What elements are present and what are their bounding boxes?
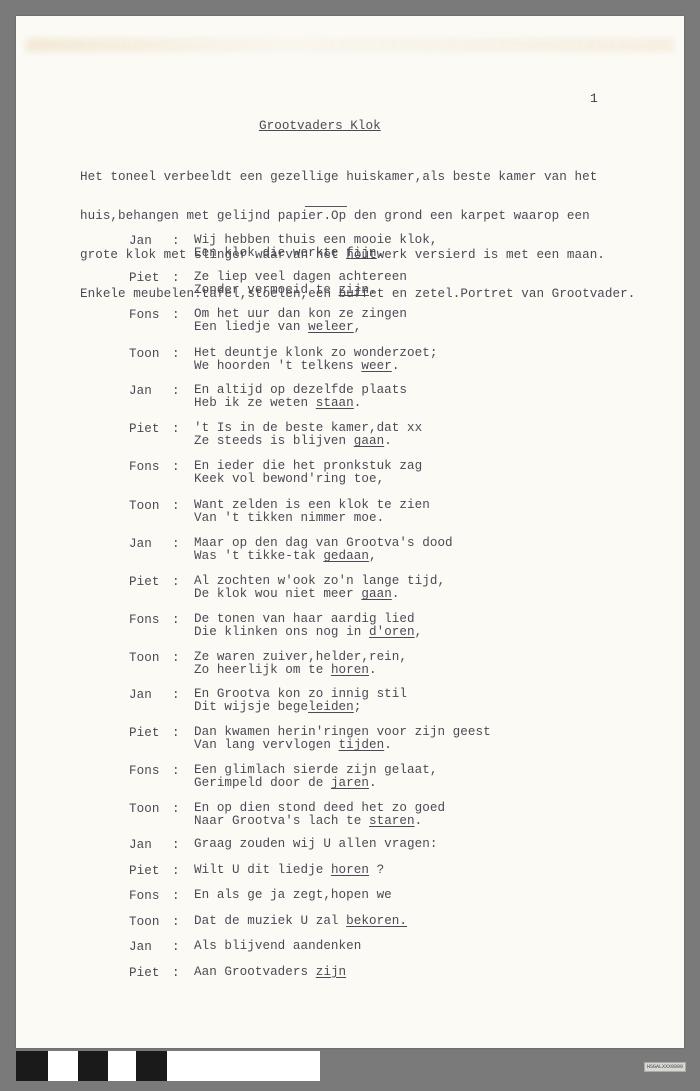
verse-line: Was 't tikke-tak gedaan, <box>194 550 453 563</box>
underlined-word: gaan <box>354 434 384 448</box>
intro-line: huis,behangen met gelijnd papier.Op den … <box>80 210 635 223</box>
verse-lines: 't Is in de beste kamer,dat xxZe steeds … <box>194 422 422 448</box>
underlined-word: fijn <box>346 246 376 260</box>
speaker-name: Fons <box>129 308 177 322</box>
verse-lines: En Grootva kon zo innig stilDit wijsje b… <box>194 688 407 714</box>
speaker-name: Toon <box>129 802 177 816</box>
speaker-name: Fons <box>129 460 177 474</box>
underlined-word: bekoren. <box>346 914 407 928</box>
speaker-colon: : <box>172 422 180 436</box>
document-page: 1 Grootvaders Klok Het toneel verbeeldt … <box>16 16 684 1048</box>
speaker-colon: : <box>172 271 180 285</box>
calibration-swatch <box>136 1051 167 1081</box>
verse-line: Van 't tikken nimmer moe. <box>194 512 430 525</box>
underlined-word: weer <box>361 359 391 373</box>
verse-line: Gerimpeld door de jaren. <box>194 777 437 790</box>
speaker-colon: : <box>172 537 180 551</box>
verse-lines: En ieder die het pronkstuk zagKeek vol b… <box>194 460 422 486</box>
verse-lines: Het deuntje klonk zo wonderzoet;We hoord… <box>194 347 437 373</box>
speaker-name: Jan <box>129 940 177 954</box>
speaker-colon: : <box>172 802 180 816</box>
underlined-word: leiden <box>308 700 354 714</box>
speaker-name: Fons <box>129 889 177 903</box>
verse-line: Ze steeds is blijven gaan. <box>194 435 422 448</box>
speaker-name: Toon <box>129 651 177 665</box>
verse-line: Een liedje van weleer, <box>194 321 407 334</box>
speaker-colon: : <box>172 764 180 778</box>
verse-line: Dit wijsje begeleiden; <box>194 701 407 714</box>
speaker-name: Piet <box>129 726 177 740</box>
verse-line: Wilt U dit liedje horen ? <box>194 864 384 877</box>
verse-lines: Ze waren zuiver,helder,rein,Zo heerlijk … <box>194 651 407 677</box>
verse-lines: Ze liep veel dagen achtereenZonder vermo… <box>194 271 407 297</box>
verse-line: Als blijvend aandenken <box>194 940 361 953</box>
calibration-swatch <box>108 1051 136 1081</box>
verse-lines: Een glimlach sierde zijn gelaat,Gerimpel… <box>194 764 437 790</box>
speaker-colon: : <box>172 234 180 248</box>
underlined-word: zijn <box>339 283 369 297</box>
underlined-word: jaren <box>331 776 369 790</box>
verse-line: Zo heerlijk om te horen. <box>194 664 407 677</box>
speaker-colon: : <box>172 384 180 398</box>
speaker-colon: : <box>172 864 180 878</box>
verse-lines: En op dien stond deed het zo goedNaar Gr… <box>194 802 445 828</box>
calibration-swatch <box>78 1051 108 1081</box>
speaker-name: Fons <box>129 764 177 778</box>
verse-line: Graag zouden wij U allen vragen: <box>194 838 437 851</box>
verse-line: Zonder vermoeid te zijn. <box>194 284 407 297</box>
verse-lines: Maar op den dag van Grootva's doodWas 't… <box>194 537 453 563</box>
verse-line: Dat de muziek U zal bekoren. <box>194 915 407 928</box>
speaker-name: Piet <box>129 864 177 878</box>
underlined-word: gedaan <box>323 549 369 563</box>
verse-line: We hoorden 't telkens weer. <box>194 360 437 373</box>
speaker-name: Jan <box>129 234 177 248</box>
verse-line: Een klok die werkte fijn. <box>194 247 437 260</box>
verse-line: En als ge ja zegt,hopen we <box>194 889 392 902</box>
color-calibration-strip <box>16 1051 320 1081</box>
speaker-name: Piet <box>129 966 177 980</box>
verse-line: Keek vol bewond'ring toe, <box>194 473 422 486</box>
verse-lines: Graag zouden wij U allen vragen: <box>194 838 437 851</box>
verse-lines: Aan Grootvaders zijn <box>194 966 346 979</box>
speaker-name: Toon <box>129 499 177 513</box>
speaker-colon: : <box>172 915 180 929</box>
speaker-name: Toon <box>129 347 177 361</box>
speaker-name: Toon <box>129 915 177 929</box>
speaker-name: Piet <box>129 271 177 285</box>
calibration-swatch <box>16 1051 48 1081</box>
speaker-colon: : <box>172 347 180 361</box>
verse-lines: Om het uur dan kon ze zingenEen liedje v… <box>194 308 407 334</box>
underlined-word: zijn <box>316 965 346 979</box>
underlined-word: d'oren <box>369 625 415 639</box>
speaker-colon: : <box>172 613 180 627</box>
verse-lines: Want zelden is een klok te zienVan 't ti… <box>194 499 430 525</box>
speaker-name: Fons <box>129 613 177 627</box>
speaker-name: Jan <box>129 688 177 702</box>
intro-line: Het toneel verbeeldt een gezellige huisk… <box>80 171 635 184</box>
verse-line: Naar Grootva's lach te staren. <box>194 815 445 828</box>
verse-line: Heb ik ze weten staan. <box>194 397 407 410</box>
section-divider <box>305 206 347 207</box>
underlined-word: tijden <box>339 738 385 752</box>
verse-lines: Dan kwamen herin'ringen voor zijn geestV… <box>194 726 491 752</box>
verse-line: Aan Grootvaders zijn <box>194 966 346 979</box>
speaker-colon: : <box>172 688 180 702</box>
speaker-colon: : <box>172 499 180 513</box>
paper-stain <box>26 38 674 52</box>
speaker-name: Jan <box>129 838 177 852</box>
speaker-colon: : <box>172 460 180 474</box>
speaker-colon: : <box>172 575 180 589</box>
verse-lines: En altijd op dezelfde plaatsHeb ik ze we… <box>194 384 407 410</box>
speaker-name: Piet <box>129 575 177 589</box>
speaker-name: Jan <box>129 537 177 551</box>
verse-lines: Als blijvend aandenken <box>194 940 361 953</box>
speaker-colon: : <box>172 838 180 852</box>
verse-lines: Al zochten w'ook zo'n lange tijd,De klok… <box>194 575 445 601</box>
underlined-word: horen <box>331 863 369 877</box>
underlined-word: staan <box>316 396 354 410</box>
archive-label: HSGALXXX0000 <box>644 1062 686 1072</box>
document-title: Grootvaders Klok <box>259 119 381 133</box>
calibration-swatch <box>48 1051 78 1081</box>
speaker-name: Jan <box>129 384 177 398</box>
underlined-word: horen <box>331 663 369 677</box>
verse-line: Die klinken ons nog in d'oren, <box>194 626 422 639</box>
speaker-colon: : <box>172 308 180 322</box>
verse-lines: Wij hebben thuis een mooie klok,Een klok… <box>194 234 437 260</box>
verse-line: Van lang vervlogen tijden. <box>194 739 491 752</box>
speaker-name: Piet <box>129 422 177 436</box>
speaker-colon: : <box>172 966 180 980</box>
verse-lines: En als ge ja zegt,hopen we <box>194 889 392 902</box>
page-number: 1 <box>590 91 598 106</box>
verse-lines: De tonen van haar aardig liedDie klinken… <box>194 613 422 639</box>
verse-lines: Wilt U dit liedje horen ? <box>194 864 384 877</box>
speaker-colon: : <box>172 889 180 903</box>
calibration-swatch <box>167 1051 320 1081</box>
underlined-word: weleer <box>308 320 354 334</box>
verse-line: De klok wou niet meer gaan. <box>194 588 445 601</box>
underlined-word: staren <box>369 814 415 828</box>
speaker-colon: : <box>172 940 180 954</box>
speaker-colon: : <box>172 726 180 740</box>
speaker-colon: : <box>172 651 180 665</box>
verse-lines: Dat de muziek U zal bekoren. <box>194 915 407 928</box>
underlined-word: gaan <box>361 587 391 601</box>
